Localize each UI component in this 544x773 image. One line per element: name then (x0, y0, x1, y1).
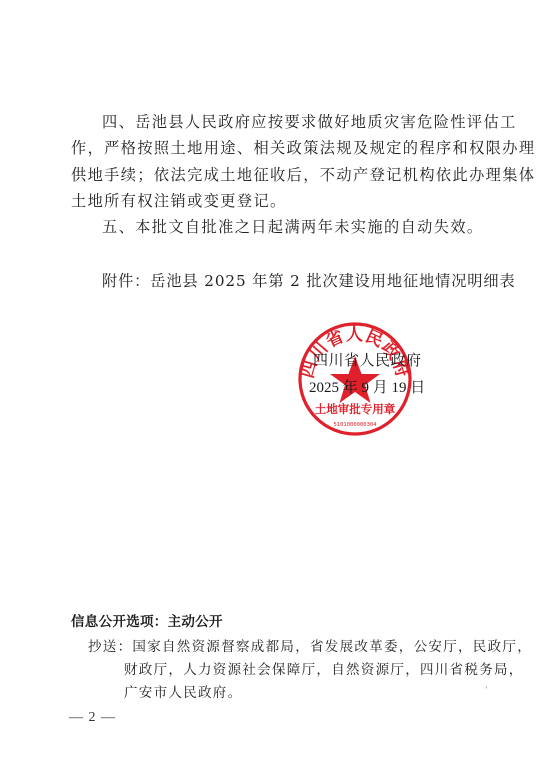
signature-issuer: 四川省人民政府 (313, 352, 422, 370)
cc-line-2: 财政厅，人力资源社会保障厅，自然资源厅，四川省税务局， (124, 661, 524, 679)
svg-text:土地审批专用章: 土地审批专用章 (315, 402, 396, 416)
svg-text:5101000000304: 5101000000304 (333, 422, 377, 428)
paragraph-5-line-1: 五、本批文自批准之日起满两年未实施的自动失效。 (102, 218, 484, 236)
paragraph-4-line-4: 土地所有权注销或变更登记。 (71, 192, 287, 210)
page-number: — 2 — (69, 709, 116, 727)
cc-line-3: 广安市人民政府。 (124, 684, 242, 702)
paragraph-4-line-2: 作，严格按照土地用途、相关政策法规及规定的程序和权限办理 (71, 139, 535, 157)
attachment-line: 附件：岳池县 2025 年第 2 批次建设用地征地情况明细表 (102, 272, 516, 290)
paragraph-4-line-1: 四、岳池县人民政府应按要求做好地质灾害危险性评估工 (102, 113, 517, 131)
paragraph-4-line-3: 供地手续；依法完成土地征收后，不动产登记机构依此办理集体 (71, 166, 535, 184)
disclosure-option: 信息公开选项：主动公开 (71, 613, 223, 631)
cc-line-1: 抄送：国家自然资源督察成都局，省发展改革委，公安厅，民政厅， (88, 638, 532, 656)
signature-date: 2025 年 9 月 19 日 (309, 379, 425, 397)
scan-speck: ' (485, 686, 487, 696)
